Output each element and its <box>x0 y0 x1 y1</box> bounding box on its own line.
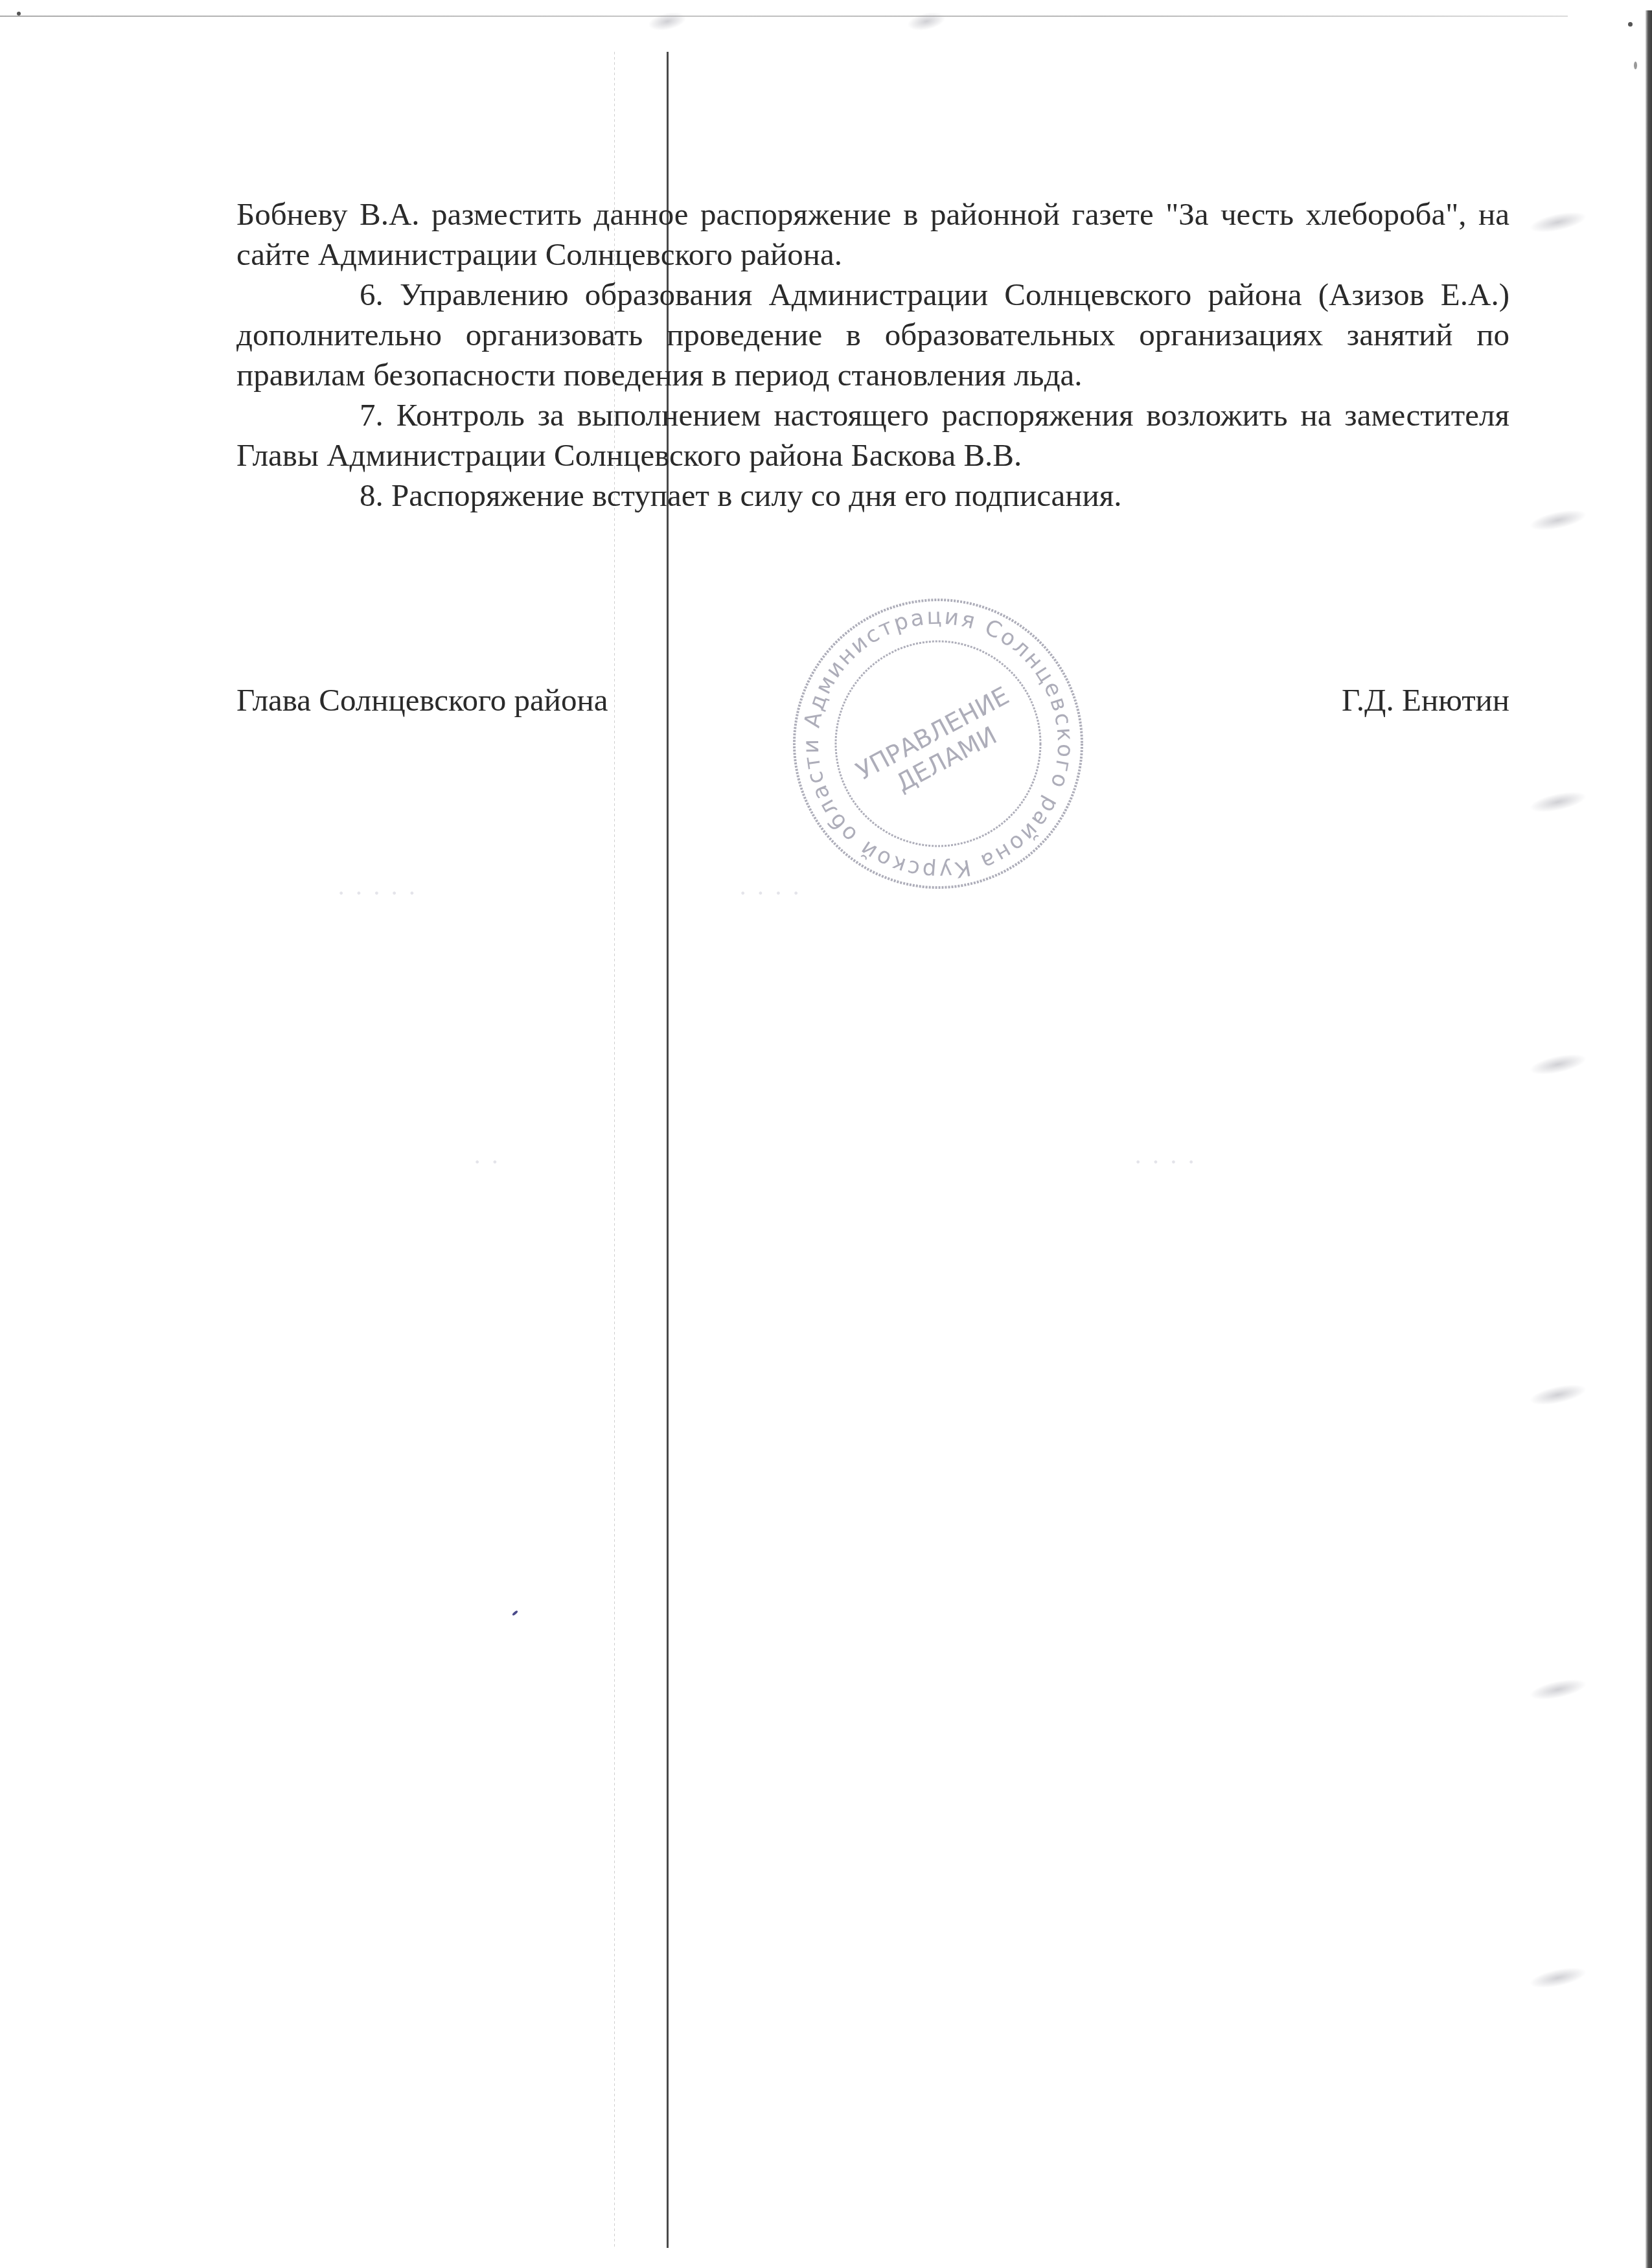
paragraph-8: 8. Распоряжение вступает в силу со дня е… <box>236 475 1509 516</box>
scan-smudge <box>647 9 688 34</box>
scan-smudge <box>1528 208 1588 236</box>
show-through-text: · · · · <box>1134 1147 1197 1177</box>
scan-smudge <box>1528 1964 1588 1992</box>
signatory-name: Г.Д. Енютин <box>1342 680 1509 720</box>
scan-speck <box>17 12 21 16</box>
scan-smudge <box>1528 1050 1588 1079</box>
signatory-position: Глава Солнцевского района <box>236 680 608 720</box>
show-through-text: · · · · · <box>337 878 418 908</box>
document-body: Бобневу В.А. разместить данное распоряже… <box>236 194 1509 516</box>
scan-smudge <box>906 9 947 34</box>
scan-speck <box>512 1610 518 1616</box>
paragraph-6: 6. Управлению образования Администрации … <box>236 275 1509 395</box>
show-through-text: · · <box>473 1147 501 1177</box>
scan-speck <box>1628 22 1633 27</box>
official-stamp-icon: Администрация Солнцевского района Курско… <box>789 595 1087 893</box>
scan-smudge <box>1528 1380 1588 1409</box>
scan-speck <box>1634 62 1637 69</box>
scan-smudge <box>1528 788 1588 816</box>
paragraph-7: 7. Контроль за выполнением настоящего ра… <box>236 395 1509 475</box>
paragraph-5-continuation: Бобневу В.А. разместить данное распоряже… <box>236 194 1509 275</box>
scan-smudge <box>1528 506 1588 534</box>
scan-right-edge <box>1646 10 1652 2268</box>
scan-smudge <box>1528 1675 1588 1704</box>
scan-top-edge <box>0 16 1568 17</box>
